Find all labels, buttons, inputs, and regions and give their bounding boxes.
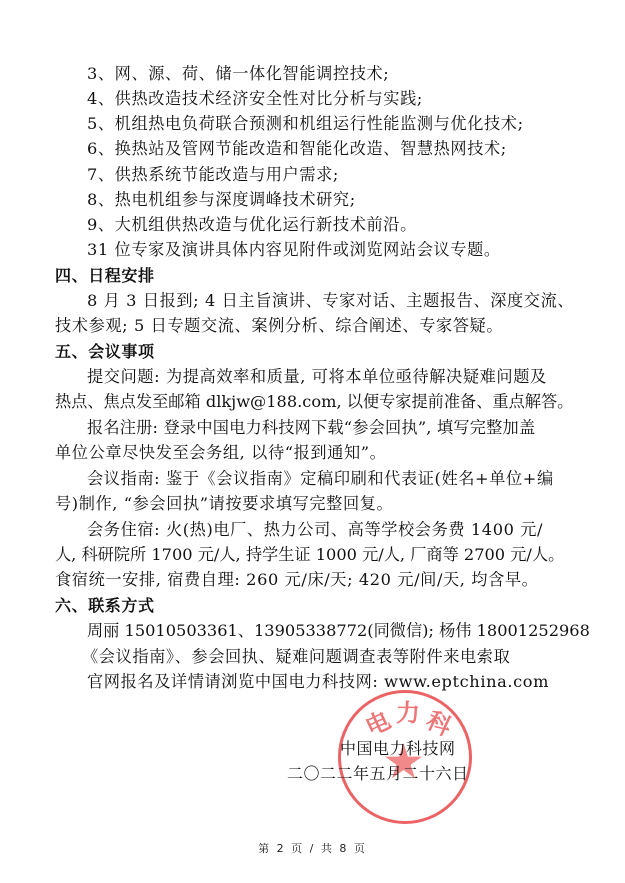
schedule-text: 8 月 3 日报到; 4 日主旨演讲、专家对话、主题报告、深度交流、 xyxy=(87,291,574,311)
topic-item: 6、换热站及管网节能改造和智能化改造、智慧热网技术; xyxy=(87,139,507,159)
contact-text: 《会议指南》、参会回执、疑难问题调查表等附件来电索取 xyxy=(82,647,510,667)
topic-item: 7、供热系统节能改造与用户需求; xyxy=(87,165,339,185)
topic-item: 4、供热改造技术经济安全性对比分析与实践; xyxy=(87,89,423,109)
page-number: 第 2 页 / 共 8 页 xyxy=(0,840,625,856)
contact-text: 周丽 15010503361、13905338772(同微信); 杨伟 1800… xyxy=(87,621,590,641)
matters-text: 提交问题: 为提高效率和质量, 可将本单位亟待解决疑难问题及 xyxy=(87,367,547,387)
topic-item: 5、机组热电负荷联合预测和机组运行性能监测与优化技术; xyxy=(87,114,524,134)
section-heading-matters: 五、会议事项 xyxy=(55,342,155,362)
topic-item: 3、网、源、荷、储一体化智能调控技术; xyxy=(87,64,389,84)
document-page: 3、网、源、荷、储一体化智能调控技术; 4、供热改造技术经济安全性对比分析与实践… xyxy=(0,0,625,883)
contact-text: 官网报名及详情请浏览中国电力科技网: www.eptchina.com xyxy=(87,672,549,692)
matters-text: 单位公章尽快发至会务组, 以待“报到通知”。 xyxy=(55,443,386,463)
section-heading-schedule: 四、日程安排 xyxy=(55,266,155,286)
topic-item: 9、大机组供热改造与优化运行新技术前沿。 xyxy=(87,215,417,235)
matters-text: 热点、焦点发至邮箱 dlkjw@188.com, 以便专家提前准备、重点解答。 xyxy=(55,392,573,412)
matters-text: 人, 科研院所 1700 元/人, 持学生证 1000 元/人, 厂商等 270… xyxy=(55,545,564,565)
section-heading-contact: 六、联系方式 xyxy=(55,596,155,616)
matters-text: 会务住宿: 火(热)电厂、热力公司、高等学校会务费 1400 元/ xyxy=(87,520,543,540)
matters-text: 报名注册: 登录中国电力科技网下载“参会回执”, 填写完整加盖 xyxy=(87,418,535,438)
matters-text: 号)制作, “参会回执”请按要求填写完整回复。 xyxy=(55,494,393,514)
signature-date: 二〇二二年五月二十六日 xyxy=(287,761,469,784)
seal-char: 力 xyxy=(396,693,420,728)
topic-item: 8、热电机组参与深度调峰技术研究; xyxy=(87,190,356,210)
signature-org: 中国电力科技网 xyxy=(340,736,456,759)
schedule-text: 技术参观; 5 日专题交流、案例分析、综合阐述、专家答疑。 xyxy=(55,316,503,336)
experts-note: 31 位专家及演讲具体内容见附件或浏览网站会议专题。 xyxy=(87,240,501,260)
matters-text: 食宿统一安排, 宿费自理: 260 元/床/天; 420 元/间/天, 均含早。 xyxy=(55,570,538,590)
matters-text: 会议指南: 鉴于《会议指南》定稿印刷和代表证(姓名+单位+编 xyxy=(87,469,554,489)
